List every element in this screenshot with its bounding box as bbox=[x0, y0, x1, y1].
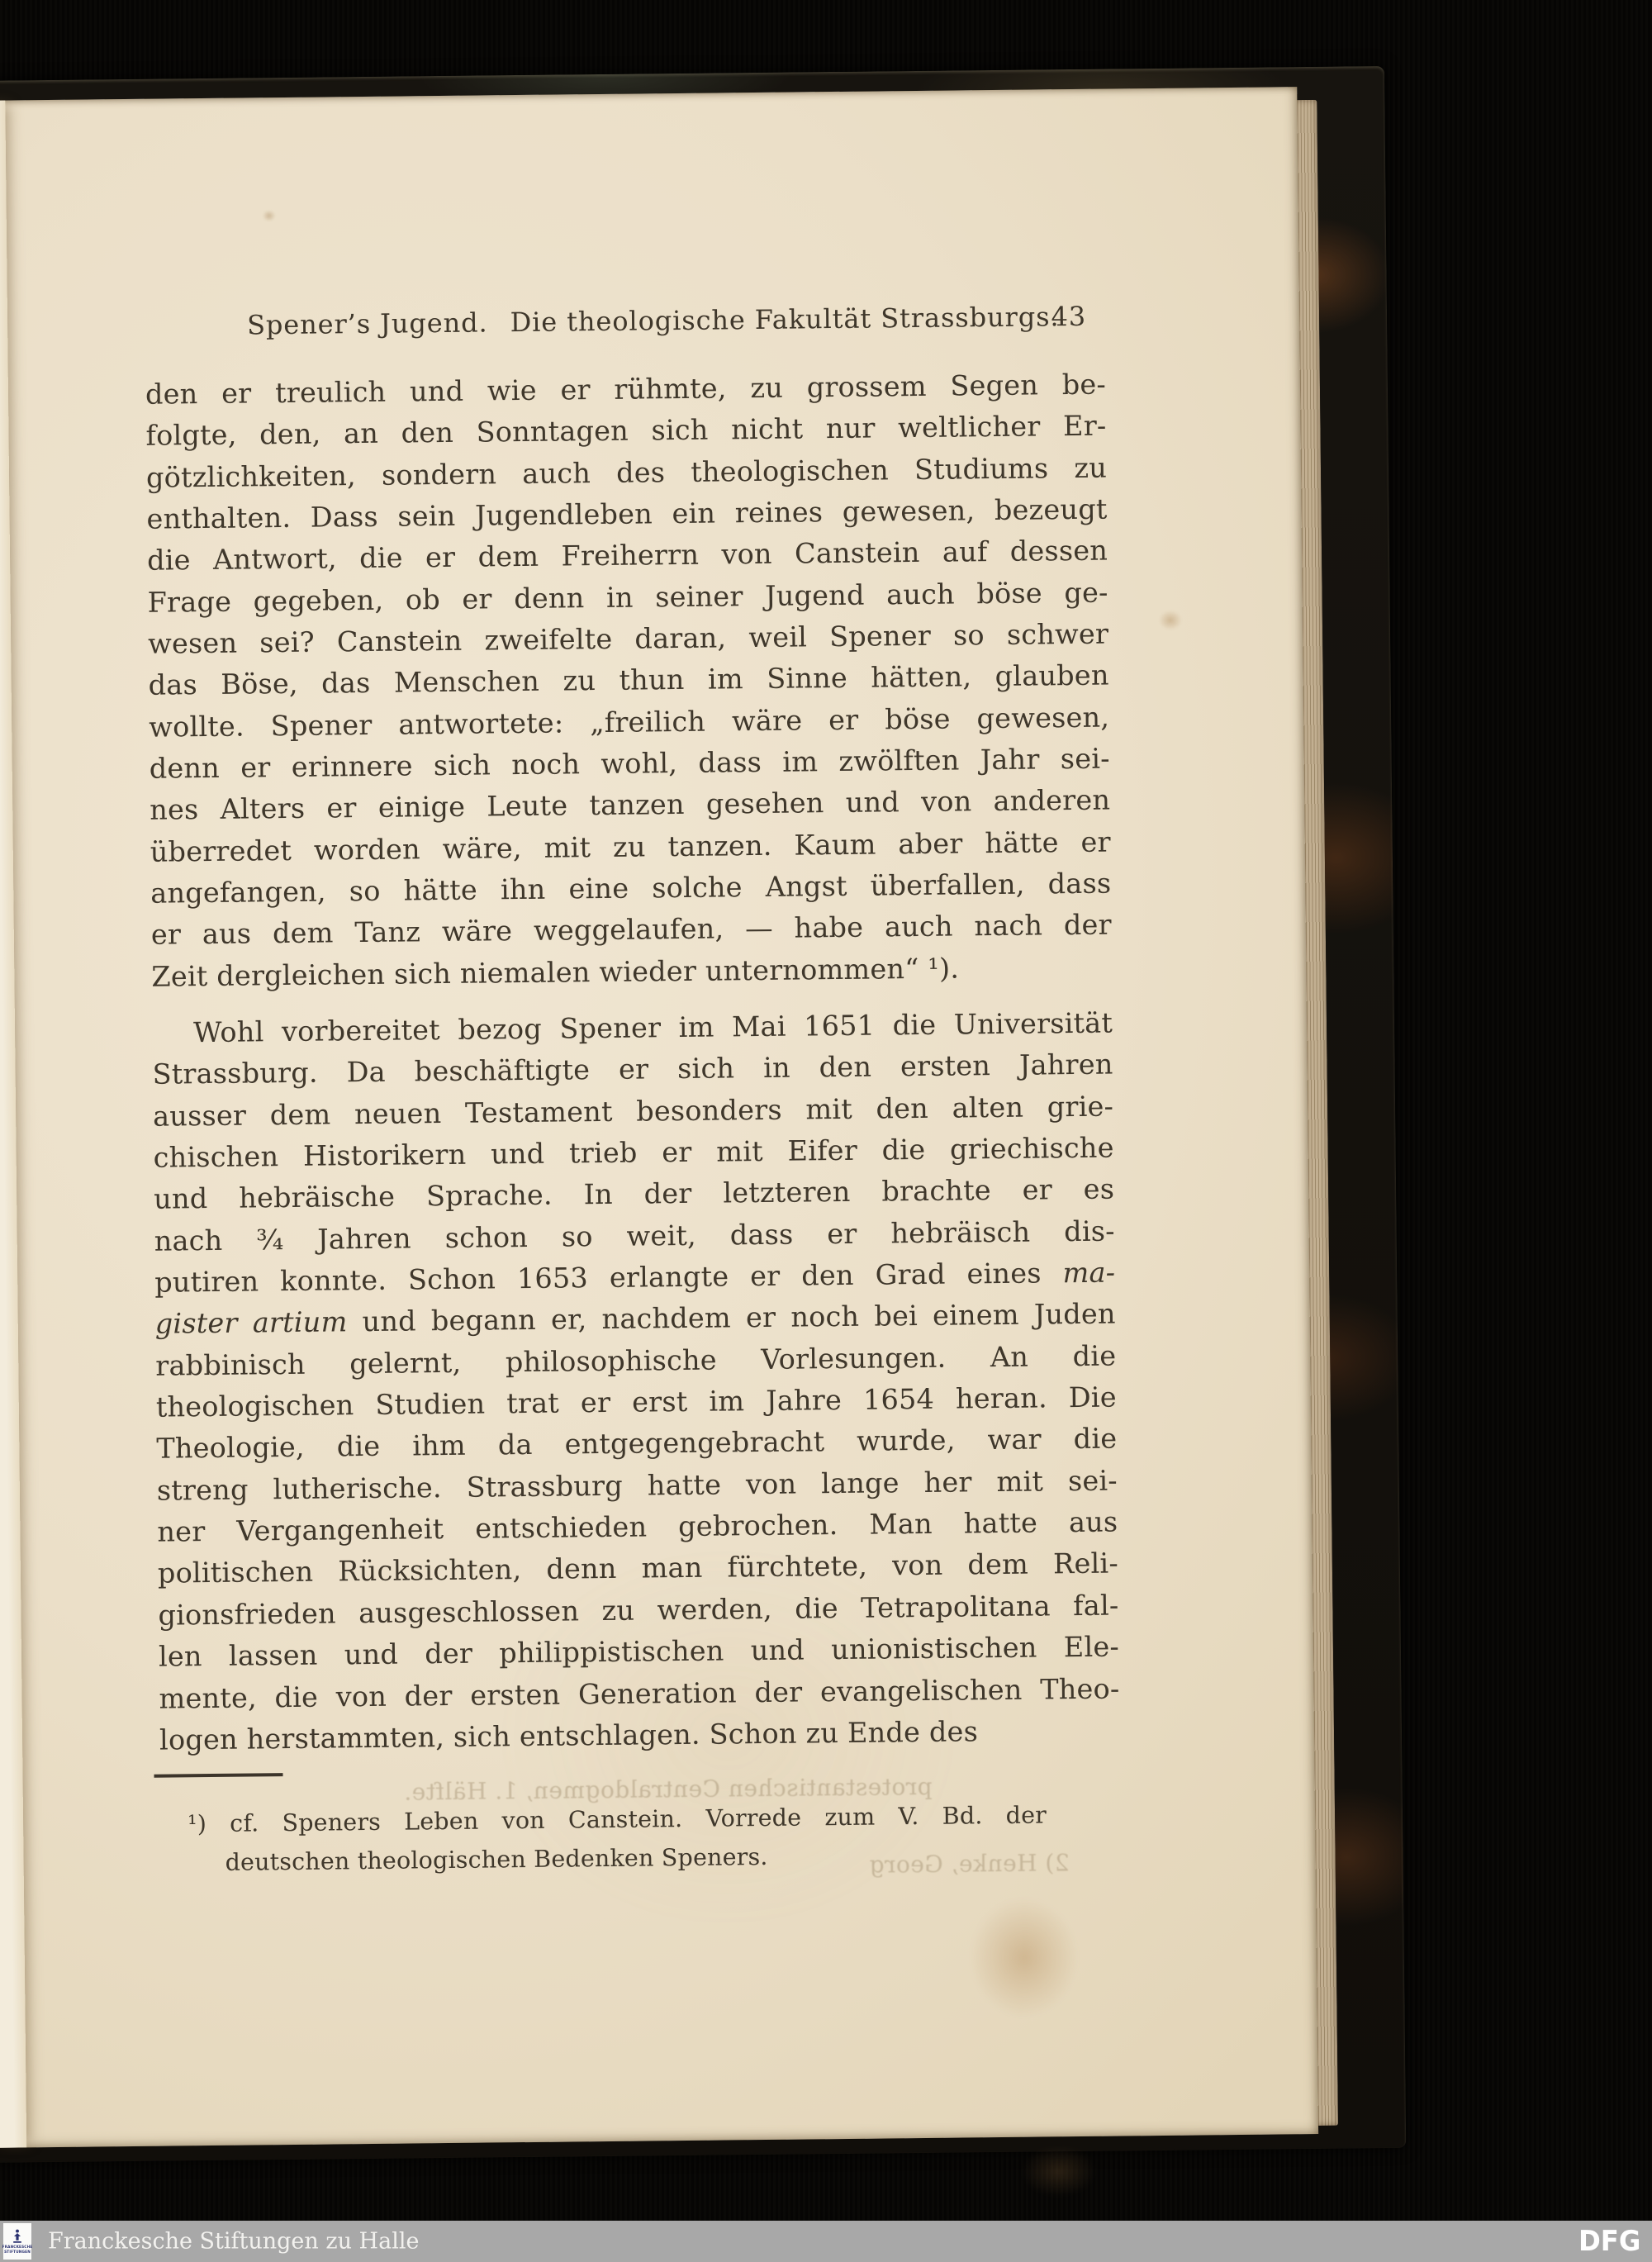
body-paragraph-1: den er treulich und wie er rühmte, zu gr… bbox=[145, 364, 1113, 998]
bleedthrough-text: 2) Henke, Georg bbox=[854, 1849, 1069, 1879]
franckesche-emblem-icon bbox=[11, 2228, 24, 2245]
page-gutter bbox=[0, 101, 26, 2148]
viewer-bottom-bar: FRANCKESCHE STIFTUNGEN Franckesche Stift… bbox=[0, 2221, 1652, 2262]
viewer-background: Spener’s Jugend. Die theologische Fakult… bbox=[0, 0, 1652, 2262]
dfg-logo[interactable]: DFG bbox=[1578, 2225, 1640, 2258]
header-section-title: Spener’s Jugend. bbox=[247, 307, 488, 340]
institution-logo-text-2: STIFTUNGEN bbox=[4, 2250, 31, 2255]
institution-logo[interactable]: FRANCKESCHE STIFTUNGEN bbox=[3, 2223, 31, 2260]
scanned-book: Spener’s Jugend. Die theologische Fakult… bbox=[0, 66, 1406, 2163]
text-column: Spener’s Jugend. Die theologische Fakult… bbox=[142, 89, 1124, 2146]
paper-stain bbox=[1021, 2146, 1096, 2197]
header-chapter-title: Die theologische Fakultät Strassburgs. bbox=[510, 301, 1059, 338]
institution-name: Franckesche Stiftungen zu Halle bbox=[48, 2229, 419, 2255]
running-header: Spener’s Jugend. Die theologische Fakult… bbox=[145, 301, 1105, 347]
paper-stain bbox=[1159, 611, 1182, 630]
page-number: 43 bbox=[1051, 301, 1086, 332]
footnote-rule bbox=[154, 1773, 282, 1778]
body-paragraph-2: Wohl vorbereitet bezog Spener im Mai 165… bbox=[152, 1003, 1120, 1761]
running-header-text: Spener’s Jugend. Die theologische Fakult… bbox=[247, 301, 1060, 340]
book-page: Spener’s Jugend. Die theologische Fakult… bbox=[0, 87, 1318, 2148]
